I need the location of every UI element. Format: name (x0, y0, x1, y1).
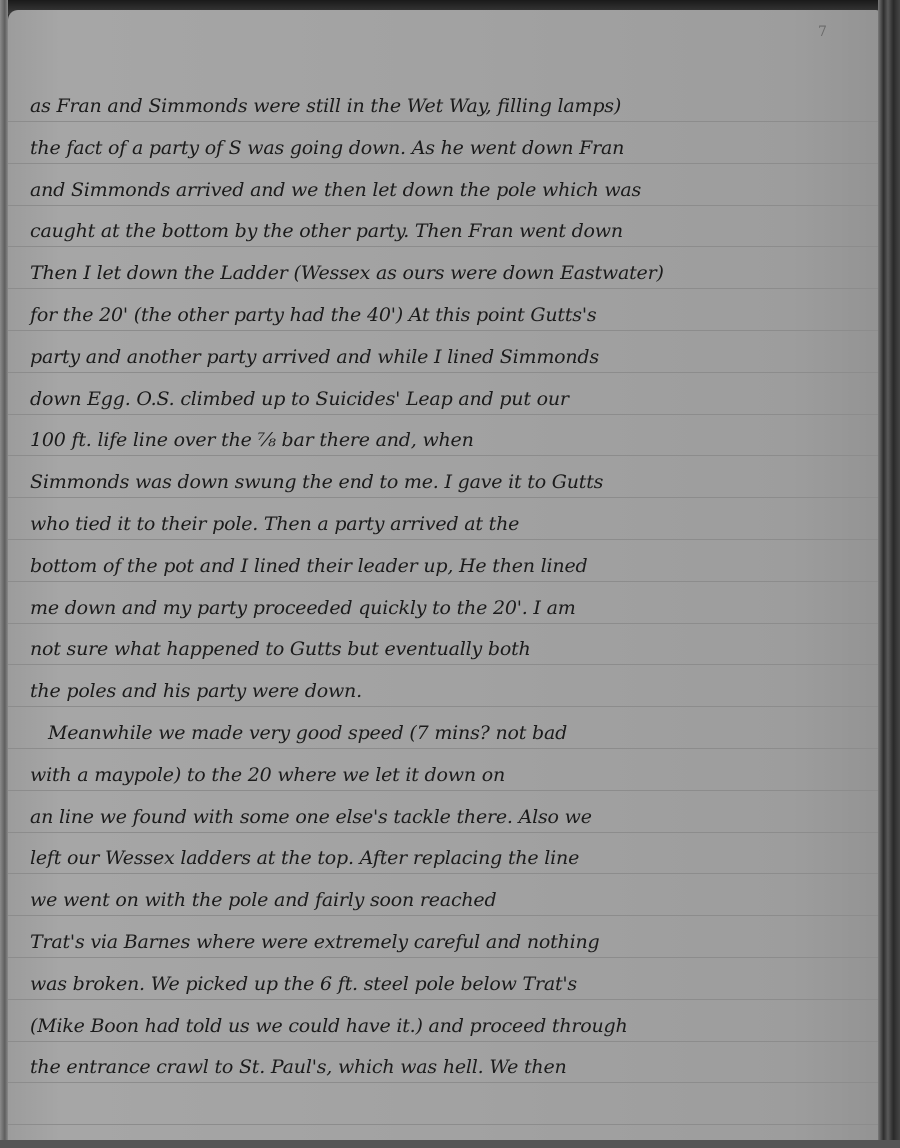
ruled-line (8, 957, 880, 958)
ruled-line (8, 832, 880, 833)
text-line: the fact of a party of S was going down.… (30, 135, 870, 161)
page-number: 7 (818, 24, 827, 40)
ruled-line (8, 330, 880, 331)
ruled-line (8, 1124, 880, 1125)
text-line: left our Wessex ladders at the top. Afte… (30, 845, 870, 871)
ruled-line (8, 205, 880, 206)
text-line: we went on with the pole and fairly soon… (30, 887, 870, 913)
text-line: Then I let down the Ladder (Wessex as ou… (30, 260, 870, 286)
ruled-line (8, 748, 880, 749)
ruled-line (8, 873, 880, 874)
text-line: party and another party arrived and whil… (30, 344, 870, 370)
text-line: an line we found with some one else's ta… (30, 804, 870, 830)
ruled-line (8, 455, 880, 456)
ruled-line (8, 372, 880, 373)
ruled-line (8, 497, 880, 498)
ruled-line (8, 1041, 880, 1042)
text-line: 100 ft. life line over the ⅞ bar there a… (30, 427, 870, 453)
text-line: down Egg. O.S. climbed up to Suicides' L… (30, 386, 870, 412)
ruled-line (8, 623, 880, 624)
ruled-line (8, 246, 880, 247)
text-line: with a maypole) to the 20 where we let i… (30, 762, 870, 788)
text-line: was broken. We picked up the 6 ft. steel… (30, 971, 870, 997)
ruled-line (8, 999, 880, 1000)
text-line: the poles and his party were down. (30, 678, 870, 704)
text-line: bottom of the pot and I lined their lead… (30, 553, 870, 579)
text-line: and Simmonds arrived and we then let dow… (30, 177, 870, 203)
text-line: not sure what happened to Gutts but even… (30, 636, 870, 662)
page-edge (878, 0, 900, 1148)
text-line: who tied it to their pole. Then a party … (30, 511, 870, 537)
text-line: the entrance crawl to St. Paul's, which … (30, 1054, 870, 1080)
ruled-line (8, 790, 880, 791)
ruled-line (8, 163, 880, 164)
ruled-line (8, 664, 880, 665)
ruled-line (8, 915, 880, 916)
text-line: Simmonds was down swung the end to me. I… (30, 469, 870, 495)
page-bottom-edge (0, 1140, 900, 1148)
text-line: (Mike Boon had told us we could have it.… (30, 1013, 870, 1039)
text-line: me down and my party proceeded quickly t… (30, 595, 870, 621)
ruled-line (8, 539, 880, 540)
ruled-line (8, 581, 880, 582)
text-line: Trat's via Barnes where were extremely c… (30, 929, 870, 955)
notebook-spine (0, 0, 8, 1148)
text-line: as Fran and Simmonds were still in the W… (30, 93, 870, 119)
ruled-line (8, 121, 880, 122)
text-line: Meanwhile we made very good speed (7 min… (48, 720, 888, 746)
ruled-line (8, 288, 880, 289)
ruled-line (8, 706, 880, 707)
ruled-line (8, 414, 880, 415)
text-line: for the 20' (the other party had the 40'… (30, 302, 870, 328)
text-line: caught at the bottom by the other party.… (30, 218, 870, 244)
ruled-line (8, 1082, 880, 1083)
